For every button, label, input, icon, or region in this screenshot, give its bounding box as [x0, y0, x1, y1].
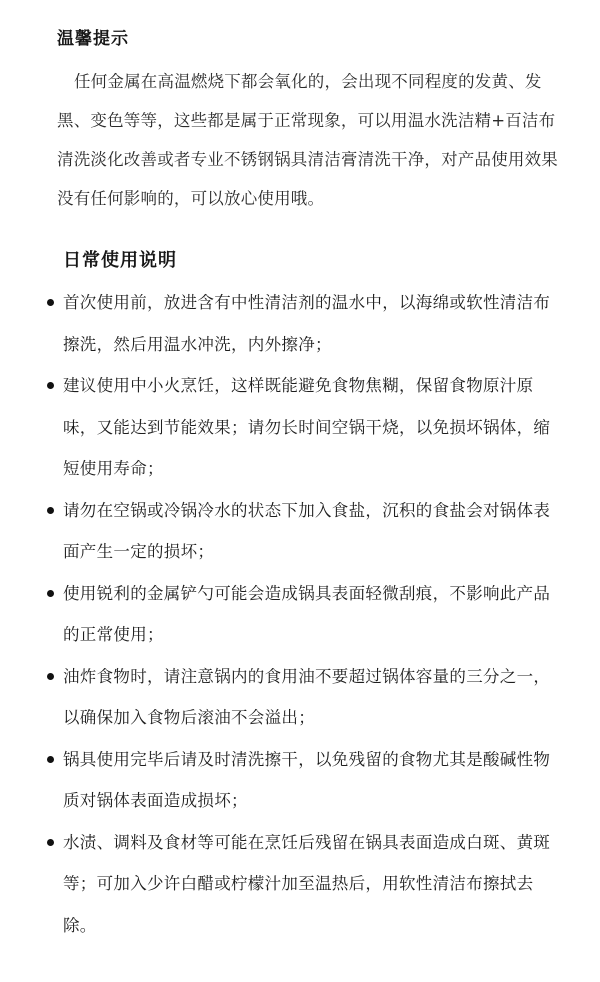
usage-heading: 日常使用说明 [63, 246, 177, 272]
bullet-dot-icon [47, 507, 54, 514]
tips-paragraph: 任何金属在高温燃烧下都会氧化的，会出现不同程度的发黄、发黑、变色等等，这些都是属… [57, 62, 567, 218]
list-item-text: 首次使用前，放进含有中性清洁剂的温水中，以海绵或软性清洁布擦洗，然后用温水冲洗，… [63, 293, 550, 354]
list-item-text: 建议使用中小火烹饪，这样既能避免食物焦糊，保留食物原汁原味，又能达到节能效果；请… [63, 376, 550, 478]
bullet-dot-icon [47, 756, 54, 763]
list-item: 首次使用前，放进含有中性清洁剂的温水中，以海绵或软性清洁布擦洗，然后用温水冲洗，… [44, 282, 564, 365]
bullet-dot-icon [47, 590, 54, 597]
list-item: 锅具使用完毕后请及时清洗擦干，以免残留的食物尤其是酸碱性物质对锅体表面造成损坏； [44, 739, 564, 822]
list-item: 油炸食物时，请注意锅内的食用油不要超过锅体容量的三分之一，以确保加入食物后滚油不… [44, 656, 564, 739]
list-item: 使用锐利的金属铲勺可能会造成锅具表面轻微刮痕，不影响此产品的正常使用； [44, 573, 564, 656]
bullet-dot-icon [47, 299, 54, 306]
product-care-page: 温馨提示 任何金属在高温燃烧下都会氧化的，会出现不同程度的发黄、发黑、变色等等，… [0, 0, 600, 982]
bullet-dot-icon [47, 673, 54, 680]
list-item-text: 使用锐利的金属铲勺可能会造成锅具表面轻微刮痕，不影响此产品的正常使用； [63, 584, 550, 645]
list-item: 建议使用中小火烹饪，这样既能避免食物焦糊，保留食物原汁原味，又能达到节能效果；请… [44, 365, 564, 490]
list-item: 水渍、调料及食材等可能在烹饪后残留在锅具表面造成白斑、黄斑等；可加入少许白醋或柠… [44, 822, 564, 947]
bullet-dot-icon [47, 839, 54, 846]
usage-instructions-list: 首次使用前，放进含有中性清洁剂的温水中，以海绵或软性清洁布擦洗，然后用温水冲洗，… [44, 282, 564, 946]
list-item-text: 锅具使用完毕后请及时清洗擦干，以免残留的食物尤其是酸碱性物质对锅体表面造成损坏； [63, 750, 550, 811]
list-item-text: 油炸食物时，请注意锅内的食用油不要超过锅体容量的三分之一，以确保加入食物后滚油不… [63, 667, 550, 728]
bullet-dot-icon [47, 382, 54, 389]
list-item-text: 请勿在空锅或冷锅冷水的状态下加入食盐，沉积的食盐会对锅体表面产生一定的损坏； [63, 501, 550, 562]
tips-heading: 温馨提示 [57, 24, 129, 49]
list-item-text: 水渍、调料及食材等可能在烹饪后残留在锅具表面造成白斑、黄斑等；可加入少许白醋或柠… [63, 833, 550, 935]
list-item: 请勿在空锅或冷锅冷水的状态下加入食盐，沉积的食盐会对锅体表面产生一定的损坏； [44, 490, 564, 573]
